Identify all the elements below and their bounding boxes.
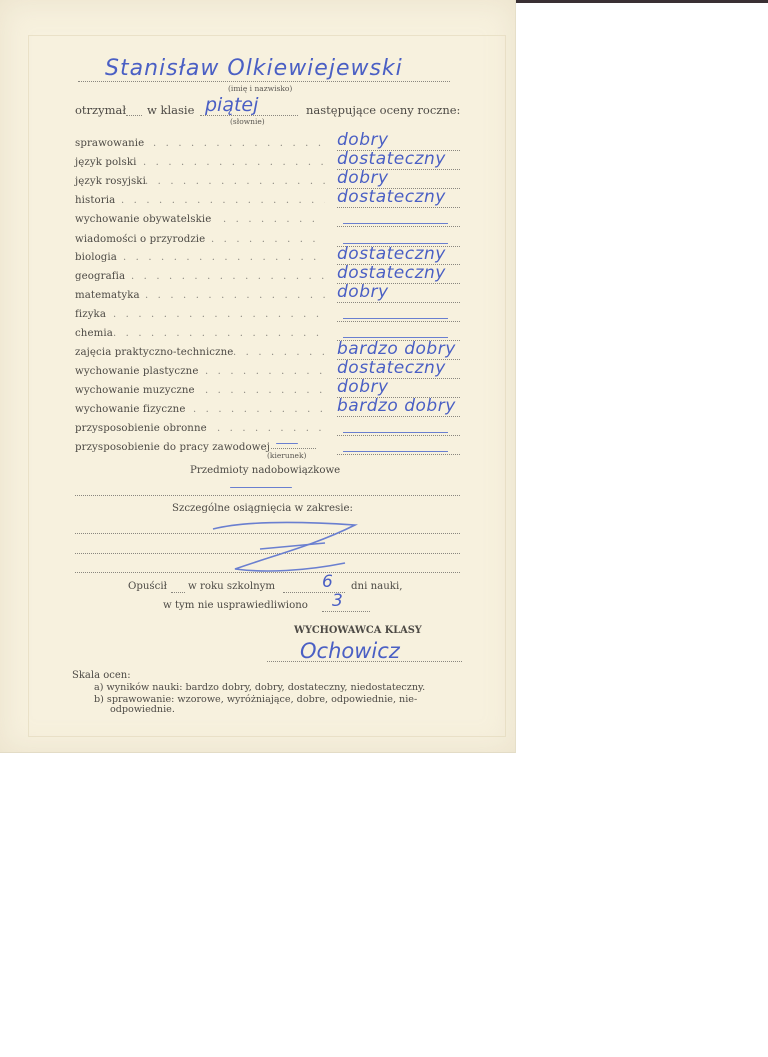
dot-leader: ..............................	[211, 234, 325, 245]
dot-leader: ..............................	[153, 138, 325, 149]
subject-row: historia..............................do…	[75, 193, 465, 211]
subject-row: wychowanie plastyczne...................…	[75, 364, 465, 382]
subject-grade: dostateczny	[337, 358, 446, 378]
dot-leader: ..............................	[121, 195, 325, 206]
grade-dash	[343, 223, 448, 224]
scan-edge-strip	[515, 0, 768, 3]
achievements-heading: Szczególne osiągnięcia w zakresie:	[172, 503, 353, 514]
teacher-label: WYCHOWAWCA KLASY	[294, 625, 422, 636]
class-caption: (słownie)	[230, 117, 265, 126]
dot-leader: ..............................	[145, 176, 325, 187]
dot-leader: ..............................	[223, 214, 325, 225]
extra-subjects-line	[75, 495, 460, 496]
received-dots	[126, 115, 142, 116]
subject-row: przysposobienie obronne.................…	[75, 421, 465, 439]
subject-name: przysposobienie do pracy zawodowej	[75, 442, 270, 453]
received-label: otrzymał	[75, 103, 126, 117]
dot-leader: ..............................	[233, 347, 325, 358]
absence-label: Opuścił	[128, 581, 167, 592]
direction-dots	[271, 448, 316, 449]
dot-leader: ..............................	[193, 404, 325, 415]
subject-name: zajęcia praktyczno-techniczne	[75, 347, 233, 358]
absence-middle: w roku szkolnym	[188, 581, 275, 592]
grades-intro: następujące oceny roczne:	[306, 103, 460, 117]
class-label: w klasie	[147, 103, 194, 117]
subject-grade: dostateczny	[337, 263, 446, 283]
dot-leader: ..............................	[205, 366, 325, 377]
direction-dash	[276, 443, 298, 444]
certificate-page: Stanisław Olkiewiejewski (imię i nazwisk…	[0, 0, 516, 753]
subject-grade: dobry	[337, 168, 389, 188]
grade-dash	[343, 337, 448, 338]
subject-row: język polski............................…	[75, 155, 465, 173]
absence-dots	[171, 592, 185, 593]
grade-dash	[343, 451, 448, 452]
unexcused-days: 3	[332, 591, 343, 611]
subject-name: wychowanie fizyczne	[75, 404, 185, 415]
subject-name: wychowanie muzyczne	[75, 385, 195, 396]
subject-name: język polski	[75, 157, 137, 168]
extra-subjects-heading: Przedmioty nadobowiązkowe	[190, 465, 340, 476]
teacher-signature: Ochowicz	[300, 639, 400, 663]
scale-b-line2: odpowiednie.	[110, 704, 175, 715]
absence-days: 6	[322, 572, 333, 592]
subject-row: matematyka..............................…	[75, 288, 465, 306]
subject-grade: bardzo dobry	[337, 396, 456, 416]
grade-line	[337, 416, 460, 417]
dot-leader: ..............................	[131, 271, 325, 282]
dot-leader: ..............................	[113, 309, 325, 320]
scale-a: a) wyników nauki: bardzo dobry, dobry, d…	[94, 682, 425, 693]
name-caption: (imię i nazwisko)	[228, 84, 292, 93]
subject-name: sprawowanie	[75, 138, 144, 149]
unexcused-days-line	[322, 611, 370, 612]
subject-grade: dostateczny	[337, 187, 446, 207]
subject-name: biologia	[75, 252, 117, 263]
subject-row: wychowanie obywatelskie.................…	[75, 212, 465, 230]
unexcused-label: w tym nie usprawiedliwiono	[163, 600, 308, 611]
subject-name: chemia	[75, 328, 113, 339]
dot-leader: ..............................	[123, 252, 325, 263]
direction-caption: (kierunek)	[267, 451, 306, 460]
name-line	[78, 81, 450, 82]
subject-name: matematyka	[75, 290, 140, 301]
subject-grade: dobry	[337, 130, 389, 150]
absence-suffix: dni nauki,	[351, 581, 402, 592]
subject-row: fizyka..............................	[75, 307, 465, 325]
subject-row: geografia..............................d…	[75, 269, 465, 287]
subject-name: wychowanie plastyczne	[75, 366, 198, 377]
subject-row: wychowanie fizyczne.....................…	[75, 402, 465, 420]
subject-grade: dostateczny	[337, 149, 446, 169]
student-name: Stanisław Olkiewiejewski	[105, 56, 403, 81]
dot-leader: ..............................	[145, 290, 325, 301]
dot-leader: ..............................	[205, 385, 325, 396]
extra-subjects-dash	[230, 487, 292, 488]
grade-dash	[343, 432, 448, 433]
grade-line	[337, 302, 460, 303]
grade-dash	[343, 318, 448, 319]
grade-line	[337, 321, 460, 322]
grade-line	[337, 207, 460, 208]
subject-name: fizyka	[75, 309, 106, 320]
subject-name: wiadomości o przyrodzie	[75, 234, 205, 245]
scale-heading: Skala ocen:	[72, 670, 131, 681]
subject-grade: bardzo dobry	[337, 339, 456, 359]
z-strikethrough-mark	[205, 515, 365, 577]
subject-name: język rosyjski	[75, 176, 146, 187]
grade-line	[337, 226, 460, 227]
dot-leader: ..............................	[143, 157, 325, 168]
subject-grade: dobry	[337, 282, 389, 302]
class-value: piątej	[205, 94, 258, 116]
grade-line	[337, 435, 460, 436]
subject-grade: dobry	[337, 377, 389, 397]
subject-name: przysposobienie obronne	[75, 423, 207, 434]
subject-name: historia	[75, 195, 115, 206]
grade-line	[337, 454, 460, 455]
subject-name: geografia	[75, 271, 125, 282]
subject-grade: dostateczny	[337, 244, 446, 264]
subject-name: wychowanie obywatelskie	[75, 214, 211, 225]
dot-leader: ..............................	[217, 423, 325, 434]
dot-leader: ..............................	[113, 328, 325, 339]
